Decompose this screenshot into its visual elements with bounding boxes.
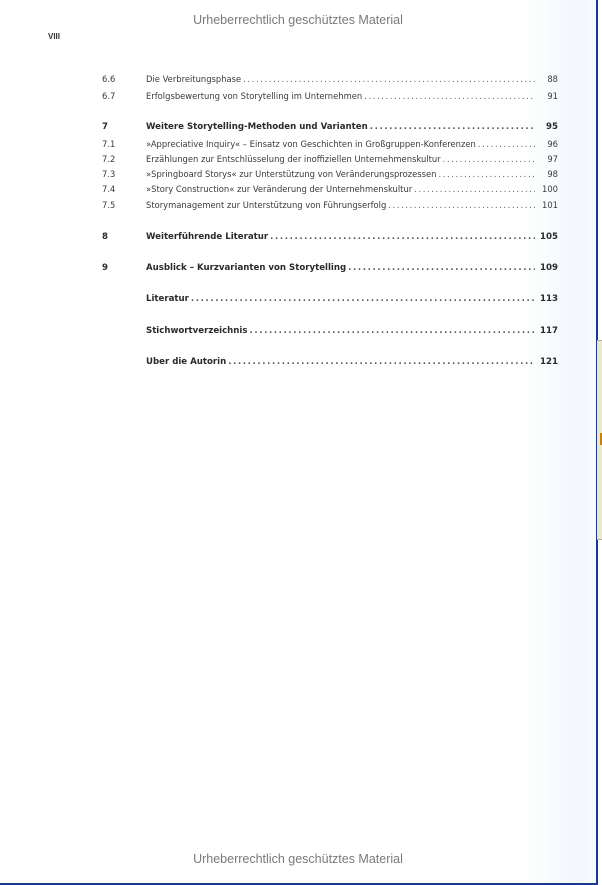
toc-entry-number: 6.7: [102, 91, 115, 101]
toc-entry[interactable]: 7Weitere Storytelling-Methoden und Varia…: [0, 122, 596, 135]
toc-dot-leader: ........................................…: [364, 91, 535, 101]
toc-entry-title-line: Erzählungen zur Entschlüsselung der inof…: [146, 154, 535, 164]
toc-entry-number: 7.2: [102, 154, 115, 164]
toc-entry-title-line: »Story Construction« zur Veränderung der…: [146, 184, 535, 194]
toc-entry-number: 6.6: [102, 74, 115, 84]
toc-entry[interactable]: 7.4»Story Construction« zur Veränderung …: [0, 184, 596, 197]
toc-entry[interactable]: 9Ausblick – Kurzvarianten von Storytelli…: [0, 263, 596, 276]
toc-entry-title-line: Storymanagement zur Unterstützung von Fü…: [146, 200, 535, 210]
toc-entry-page: 100: [528, 184, 558, 194]
toc-entry-title: Literatur: [146, 294, 191, 304]
toc-dot-leader: ........................................…: [228, 357, 535, 367]
toc-entry-title: Weiterführende Literatur: [146, 232, 270, 242]
toc-dot-leader: ........................................…: [243, 74, 535, 84]
toc-entry-title: Stichwortverzeichnis: [146, 326, 249, 336]
toc-entry-number: 8: [102, 232, 108, 242]
toc-dot-leader: ........................................…: [191, 294, 535, 304]
toc-entry-page: 96: [528, 139, 558, 149]
toc-entry-page: 98: [528, 169, 558, 179]
toc-entry[interactable]: Stichwortverzeichnis....................…: [0, 326, 596, 339]
toc-entry-title: »Appreciative Inquiry« – Einsatz von Ges…: [146, 139, 478, 149]
toc-dot-leader: ........................................…: [438, 169, 535, 179]
toc-entry-number: 7: [102, 122, 108, 132]
toc-entry-title: Die Verbreitungsphase: [146, 74, 243, 84]
toc-entry-page: 109: [528, 263, 558, 273]
toc-entry[interactable]: 7.2Erzählungen zur Entschlüsselung der i…: [0, 154, 596, 167]
toc-entry-title: Erzählungen zur Entschlüsselung der inof…: [146, 154, 443, 164]
toc-entry-title-line: Weitere Storytelling-Methoden und Varian…: [146, 122, 535, 132]
toc-dot-leader: ........................................…: [388, 200, 535, 210]
toc-entry-title: Ausblick – Kurzvarianten von Storytellin…: [146, 263, 348, 273]
toc-entry-number: 7.5: [102, 200, 115, 210]
toc-entry-page: 95: [528, 122, 558, 132]
copyright-watermark-top: Urheberrechtlich geschütztes Material: [0, 13, 596, 27]
toc-entry-title-line: Über die Autorin........................…: [146, 357, 535, 367]
toc-entry[interactable]: 7.3»Springboard Storys« zur Unterstützun…: [0, 169, 596, 182]
book-page: Urheberrechtlich geschütztes Material VI…: [0, 0, 598, 885]
toc-entry[interactable]: 6.7Erfolgsbewertung von Storytelling im …: [0, 91, 596, 104]
toc-entry-number: 7.4: [102, 184, 115, 194]
page-number: VIII: [48, 32, 60, 41]
toc-entry-page: 91: [528, 91, 558, 101]
toc-entry-title: Erfolgsbewertung von Storytelling im Unt…: [146, 91, 364, 101]
toc-entry-page: 105: [528, 232, 558, 242]
toc-dot-leader: ........................................…: [414, 184, 535, 194]
toc-entry-title-line: Weiterführende Literatur................…: [146, 232, 535, 242]
toc-entry-title-line: Ausblick – Kurzvarianten von Storytellin…: [146, 263, 535, 273]
toc-entry-title-line: Erfolgsbewertung von Storytelling im Unt…: [146, 91, 535, 101]
toc-dot-leader: ........................................…: [270, 232, 535, 242]
toc-entry[interactable]: Literatur...............................…: [0, 294, 596, 307]
toc-entry-title: »Springboard Storys« zur Unterstützung v…: [146, 169, 438, 179]
toc-entry-title-line: »Springboard Storys« zur Unterstützung v…: [146, 169, 535, 179]
toc-entry-page: 101: [528, 200, 558, 210]
toc-entry[interactable]: 7.5Storymanagement zur Unterstützung von…: [0, 200, 596, 213]
toc-entry-number: 9: [102, 263, 108, 273]
toc-entry-title: »Story Construction« zur Veränderung der…: [146, 184, 414, 194]
toc-entry-title-line: Die Verbreitungsphase...................…: [146, 74, 535, 84]
toc-dot-leader: ........................................…: [348, 263, 535, 273]
toc-entry-title-line: Literatur...............................…: [146, 294, 535, 304]
toc-entry-page: 113: [528, 294, 558, 304]
toc-dot-leader: ........................................…: [478, 139, 535, 149]
toc-entry[interactable]: 6.6Die Verbreitungsphase................…: [0, 74, 596, 87]
toc-entry-page: 88: [528, 74, 558, 84]
toc-entry-title-line: Stichwortverzeichnis....................…: [146, 326, 535, 336]
toc-entry-page: 117: [528, 326, 558, 336]
copyright-watermark-bottom: Urheberrechtlich geschütztes Material: [0, 852, 596, 866]
toc-entry-number: 7.1: [102, 139, 115, 149]
toc-dot-leader: ........................................…: [443, 154, 535, 164]
toc-entry-page: 121: [528, 357, 558, 367]
toc-entry[interactable]: 7.1»Appreciative Inquiry« – Einsatz von …: [0, 139, 596, 152]
toc-entry-title: Storymanagement zur Unterstützung von Fü…: [146, 200, 388, 210]
toc-entry-title-line: »Appreciative Inquiry« – Einsatz von Ges…: [146, 139, 535, 149]
toc-entry-title: Über die Autorin: [146, 357, 228, 367]
toc-dot-leader: ........................................…: [370, 122, 535, 132]
toc-entry-title: Weitere Storytelling-Methoden und Varian…: [146, 122, 370, 132]
toc-entry[interactable]: 8Weiterführende Literatur...............…: [0, 232, 596, 245]
toc-entry[interactable]: Über die Autorin........................…: [0, 357, 596, 370]
toc-dot-leader: ........................................…: [249, 326, 535, 336]
toc-entry-number: 7.3: [102, 169, 115, 179]
toc-entry-page: 97: [528, 154, 558, 164]
